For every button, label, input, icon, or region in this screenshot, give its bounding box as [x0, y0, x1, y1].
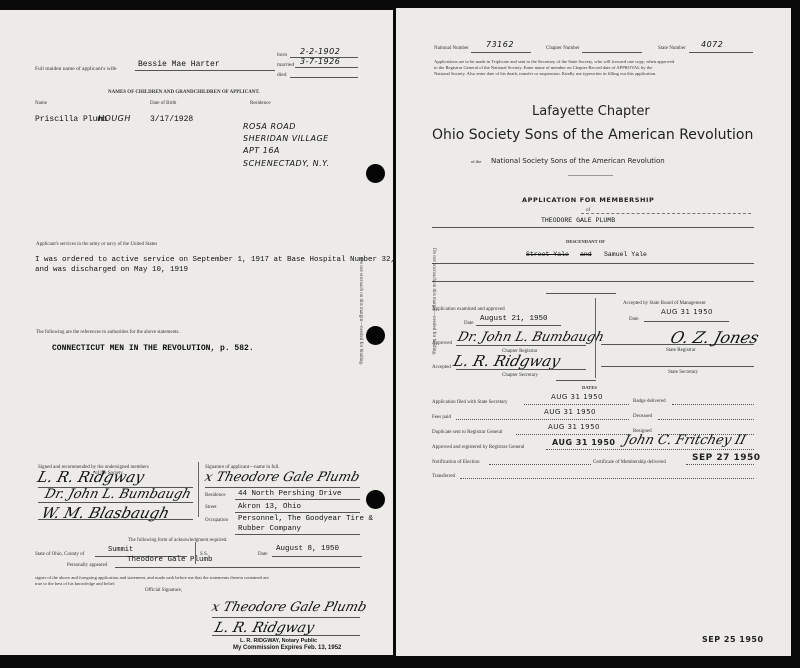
- chapter-secretary-label: Chapter Secretary: [502, 373, 538, 378]
- appeared-name: Theodore Gale Plumb: [127, 556, 213, 564]
- national-number-label: National Number: [434, 46, 469, 51]
- oath-line-2: true to the best of his knowledge and be…: [35, 581, 116, 586]
- references-text: CONNECTICUT MEN IN THE REVOLUTION, p. 58…: [52, 344, 254, 353]
- child-residence-3: APT 16A: [243, 146, 280, 155]
- instructions-line-2: to the Registrar General of the National…: [434, 65, 652, 70]
- instructions-line-1: Applications are to be made in Triplicat…: [434, 59, 674, 64]
- child-name-hand: HOUGH: [98, 114, 131, 123]
- ancestor-name: Samuel Yale: [604, 251, 647, 258]
- certificate-date: SEP 27 1950: [692, 453, 761, 463]
- col-dob: Date of Birth: [150, 101, 176, 106]
- date-row-label: Approved and registered by Registrar Gen…: [432, 445, 524, 450]
- applicant-name-title: THEODORE GALE PLUMB: [541, 217, 615, 224]
- date-row-label: Duplicate sent to Registrar General: [432, 430, 503, 435]
- applicant-signature: x Theodore Gale Plumb: [203, 470, 361, 485]
- children-heading: NAMES OF CHILDREN AND GRANDCHILDREN OF A…: [108, 90, 260, 95]
- occupation-label: Occupation: [205, 518, 228, 523]
- ancestor-struck: Street Yale: [526, 251, 569, 258]
- wife-died-label: died: [277, 72, 286, 78]
- date-row-label: Transferred: [432, 474, 455, 479]
- date-row-value: AUG 31 1950: [552, 438, 615, 447]
- binding-margin-note: Do not encroach on this margin—needed fo…: [358, 258, 363, 365]
- applicant-occupation-1: Personnel, The Goodyear Tire &: [238, 515, 373, 523]
- date-row-label: Notification of Election: [432, 460, 480, 465]
- wife-label: Full maiden name of applicant's wife: [35, 66, 116, 72]
- notary-name: L. R. RIDGWAY, Notary Public: [240, 638, 317, 644]
- chapter-number-label: Chapter Number: [546, 46, 579, 51]
- binding-hole: [366, 326, 385, 345]
- appeared-label: Personally appeared: [67, 563, 107, 568]
- oath-line-1: signer of the above and foregoing applic…: [35, 575, 269, 580]
- received-stamp: SEP 25 1950: [702, 635, 764, 644]
- date-row-value: AUG 31 1950: [551, 393, 603, 401]
- child-dob: 3/17/1928: [150, 115, 193, 124]
- ack-date-label: Date: [258, 552, 267, 557]
- child-name-typed: Priscilla Plumb: [35, 115, 107, 124]
- examined-label: Application examined and approved: [432, 307, 505, 312]
- date-row-right-label: Deceased: [633, 414, 652, 419]
- registrar-general-signature: John C. Fritchey II: [622, 433, 747, 448]
- chapter-approval-date: August 21, 1950: [480, 315, 548, 323]
- official-signature-label: Official Signature,: [145, 588, 182, 593]
- state-number-label: State Number: [658, 46, 686, 51]
- descendant-of-label: DESCENDANT OF: [566, 239, 605, 244]
- recommender-signature-1: L. R. Ridgway: [36, 468, 147, 486]
- national-society-title: National Society Sons of the American Re…: [491, 157, 665, 165]
- society-title: Ohio Society Sons of the American Revolu…: [432, 127, 753, 143]
- chapter-date-label: Date: [464, 321, 473, 326]
- notary-commission: My Commission Expires Feb. 13, 1952: [233, 645, 341, 651]
- approved-label: Approved: [432, 341, 452, 346]
- wife-name: Bessie Mae Harter: [138, 60, 220, 69]
- state-date-label: Date: [629, 317, 638, 322]
- references-label: The following are the references to auth…: [36, 330, 180, 335]
- street-label: Street: [205, 505, 217, 510]
- accepted-signature: L. R. Ridgway: [452, 352, 563, 370]
- state-approval-date: AUG 31 1950: [661, 308, 713, 316]
- wife-married: 3-7-1926: [300, 57, 340, 66]
- county-value: Summit: [108, 546, 133, 554]
- col-residence: Residence: [250, 101, 271, 106]
- child-residence-1: ROSA ROAD: [243, 122, 296, 131]
- approved-signature: Dr. John L. Bumbaugh: [456, 330, 606, 345]
- recommender-signature-2: Dr. John L. Bumbaugh: [43, 487, 193, 502]
- date-row-label: Application filed with State Secretary: [432, 400, 508, 405]
- state-registrar-label: State Registrar: [666, 348, 696, 353]
- dates-heading: DATES: [582, 385, 597, 390]
- binding-hole: [366, 490, 385, 509]
- binding-hole: [366, 164, 385, 183]
- application-right-page: National Number 73162 Chapter Number Sta…: [396, 8, 791, 656]
- child-residence-2: SHERIDAN VILLAGE: [243, 134, 329, 143]
- of-the-label: of the: [471, 159, 481, 164]
- wife-born-label: born: [277, 52, 287, 58]
- date-row-right-label: Certificate of Membership delivered: [593, 460, 666, 465]
- state-secretary-signature: O. Z. Jones: [668, 328, 760, 347]
- application-title: APPLICATION FOR MEMBERSHIP: [522, 196, 654, 204]
- national-number: 73162: [486, 40, 514, 49]
- services-label: Applicant's services in the army or navy…: [36, 242, 157, 247]
- services-line1: I was ordered to active service on Septe…: [35, 256, 393, 264]
- state-secretary-label: State Secretary: [668, 370, 698, 375]
- binding-margin-note: Do not encroach on this margin—needed fo…: [431, 248, 436, 355]
- acknowledgment-heading: The following form of acknowledgment req…: [128, 538, 227, 543]
- instructions-line-3: National Society. Also enter date of his…: [434, 71, 656, 76]
- wife-married-label: married: [277, 62, 294, 68]
- applicant-occupation-2: Rubber Company: [238, 525, 301, 533]
- state-county-label: State of Ohio, County of: [35, 552, 84, 557]
- official-applicant-signature: x Theodore Gale Plumb: [210, 600, 368, 615]
- date-row-label: Fees paid: [432, 415, 451, 420]
- services-line2: and was discharged on May 10, 1919: [35, 266, 188, 274]
- date-row-value: AUG 31 1950: [544, 408, 596, 416]
- applicant-street: Akron 13, Ohio: [238, 503, 301, 511]
- date-row-right-label: Badge delivered: [633, 399, 666, 404]
- accepted-label: Accepted: [432, 365, 451, 370]
- application-left-page: Full maiden name of applicant's wife Bes…: [0, 10, 393, 655]
- ack-date: August 8, 1950: [276, 545, 339, 553]
- state-number: 4072: [701, 40, 723, 49]
- chapter-title: Lafayette Chapter: [532, 104, 650, 119]
- notary-signature: L. R. Ridgway: [213, 620, 316, 636]
- child-residence-4: SCHENECTADY, N.Y.: [243, 159, 330, 168]
- wife-born: 2-2-1902: [300, 47, 340, 56]
- col-name: Name: [35, 101, 47, 106]
- residence-label: Residence: [205, 493, 226, 498]
- applicant-residence: 44 North Pershing Drive: [238, 490, 342, 498]
- and-struck: and: [580, 251, 592, 258]
- date-row-value: AUG 31 1950: [548, 423, 600, 431]
- state-board-label: Accepted by State Board of Management: [623, 301, 706, 306]
